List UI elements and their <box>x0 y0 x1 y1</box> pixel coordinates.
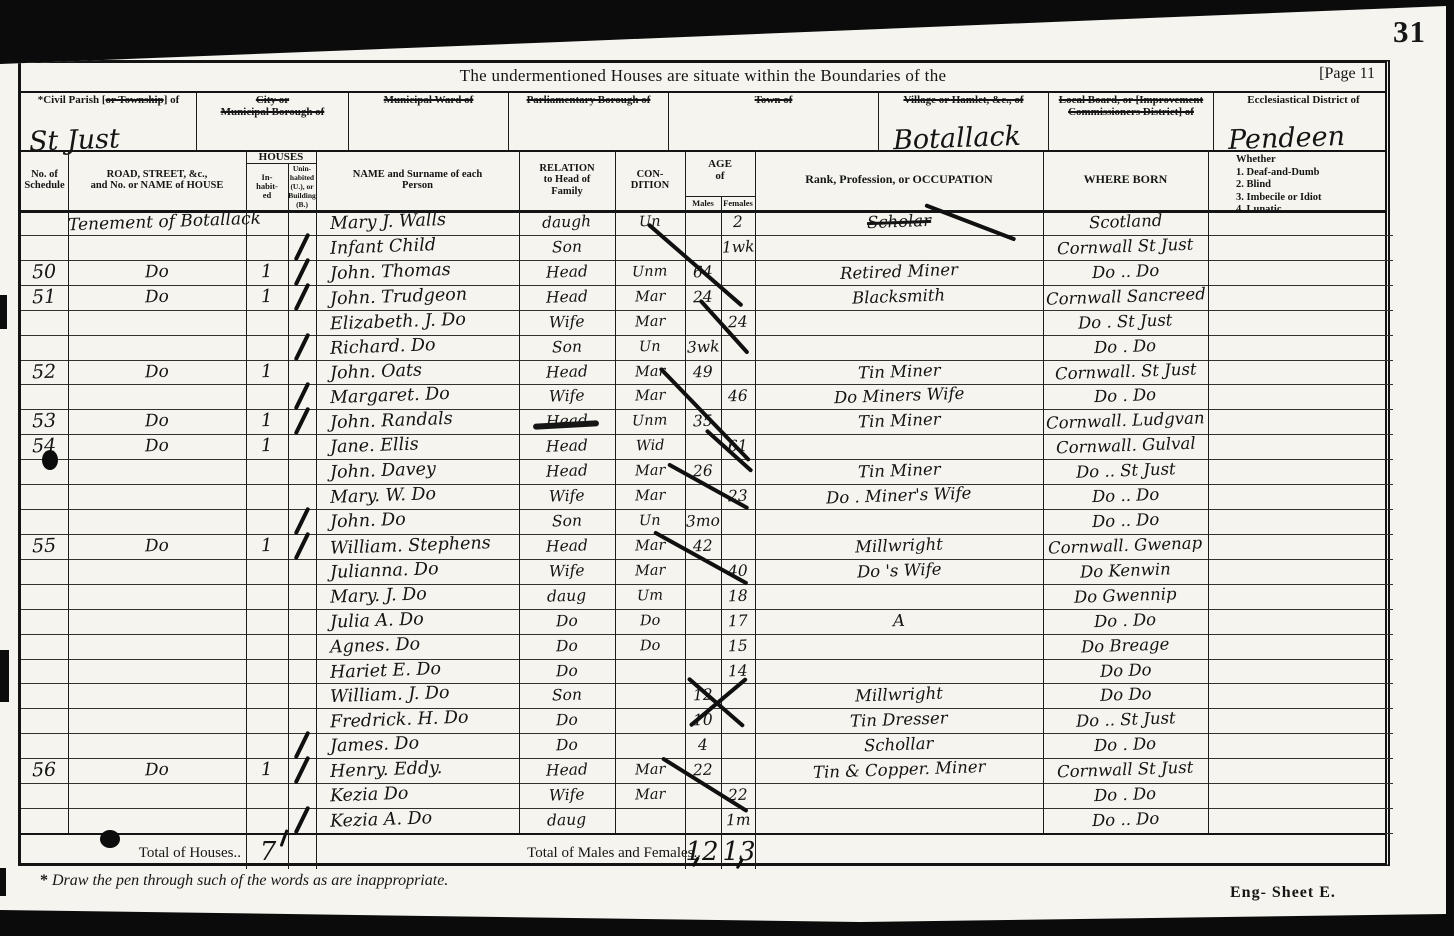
cell-condition: Mar <box>615 285 685 310</box>
cell-name: Mary J. Walls <box>316 210 533 235</box>
cell-name: Mary. W. Do <box>316 484 533 509</box>
cell-where-born: Do .. St Just <box>1043 459 1208 484</box>
cell-inhabited <box>246 484 288 509</box>
cell-where-born: Do .. St Just <box>1043 708 1208 733</box>
cell-condition: Um <box>615 584 685 609</box>
cell-age-m <box>685 783 721 808</box>
cell-age-f: 17 <box>721 609 755 634</box>
cell-relation: Do <box>519 659 615 684</box>
cell-inhabited: 1 <box>246 534 288 559</box>
cell-relation: daug <box>519 584 615 609</box>
cell-name: Elizabeth. J. Do <box>316 310 533 335</box>
cell-road <box>68 235 246 260</box>
cell-where-born: Scotland <box>1043 210 1208 235</box>
cell-relation: Do <box>519 733 615 758</box>
cell-condition: Un <box>615 335 685 360</box>
cell-where-born: Cornwall St Just <box>1043 235 1208 260</box>
totals-row: Total of Houses.. 7 Total of Males and F… <box>21 833 1385 871</box>
cell-occupation <box>755 434 1043 459</box>
cell-age-f: 14 <box>721 659 755 684</box>
cell-road <box>68 509 246 534</box>
col-relation: RELATION to Head of Family <box>519 150 615 210</box>
cell-occupation: Retired Miner <box>755 260 1043 285</box>
cell-inhabited <box>246 659 288 684</box>
cell-occupation <box>755 509 1043 534</box>
cell-schedule <box>21 484 68 509</box>
cell-occupation <box>755 634 1043 659</box>
cell-where-born: Cornwall. St Just <box>1043 360 1208 385</box>
cell-name: Kezia Do <box>316 783 533 808</box>
cell-age-f: 1m <box>721 808 755 833</box>
cell-relation: Head <box>519 758 615 783</box>
cell-schedule <box>21 384 68 409</box>
cell-relation: daugh <box>519 210 615 235</box>
cell-occupation: Do Miners Wife <box>755 384 1043 409</box>
cell-age-f <box>721 758 755 783</box>
cell-where-born: Cornwall St Just <box>1043 758 1208 783</box>
cell-inhabited: 1 <box>246 285 288 310</box>
cell-inhabited <box>246 210 288 235</box>
cell-name: Julia A. Do <box>316 609 533 634</box>
district-cell: Municipal Ward of <box>348 91 508 150</box>
table-heading-row: The undermentioned Houses are situate wi… <box>21 63 1385 93</box>
sheet-label: Eng- Sheet E. <box>1230 884 1336 902</box>
cell-inhabited: 1 <box>246 758 288 783</box>
district-label: Village or Hamlet, &c., of <box>879 91 1048 106</box>
cell-occupation <box>755 808 1043 833</box>
cell-condition: Mar <box>615 783 685 808</box>
footnote: * Draw the pen through such of the words… <box>40 872 448 890</box>
district-cell: Parliamentary Borough of <box>508 91 668 150</box>
cell-age-m: 49 <box>685 360 721 385</box>
cell-where-born: Do . Do <box>1043 733 1208 758</box>
cell-relation: Do <box>519 634 615 659</box>
cell-where-born: Do Breage <box>1043 634 1208 659</box>
cell-relation: Wife <box>519 559 615 584</box>
cell-name: John. Randals <box>316 409 533 434</box>
ink-blot <box>100 830 120 848</box>
footnote-text: Draw the pen through such of the words a… <box>52 872 448 889</box>
column-line <box>288 163 289 869</box>
cell-condition: Mar <box>615 484 685 509</box>
cell-inhabited <box>246 235 288 260</box>
cell-condition <box>615 659 685 684</box>
district-label: Municipal Ward of <box>349 91 508 106</box>
cell-relation: Son <box>519 335 615 360</box>
cell-age-m <box>685 584 721 609</box>
cell-age-f: 46 <box>721 384 755 409</box>
age-subline <box>685 196 755 197</box>
cell-name: Richard. Do <box>316 335 533 360</box>
col-schedule: No. of Schedule <box>21 150 68 210</box>
district-label: Parliamentary Borough of <box>509 91 668 106</box>
cell-name: Jane. Ellis <box>316 434 533 459</box>
cell-occupation: Blacksmith <box>755 285 1043 310</box>
cell-where-born: Do Gwennip <box>1043 584 1208 609</box>
cell-schedule: 52 <box>21 360 68 385</box>
record-row: John. DaveyHeadMar26Tin MinerDo .. St Ju… <box>21 459 1393 485</box>
cell-inhabited <box>246 783 288 808</box>
cell-inhabited <box>246 509 288 534</box>
cell-condition: Mar <box>615 384 685 409</box>
cell-condition: Wid <box>615 434 685 459</box>
cell-inhabited <box>246 310 288 335</box>
total-houses-label: Total of Houses.. <box>21 835 241 871</box>
cell-age-m <box>685 210 721 235</box>
cell-occupation: Tin Miner <box>755 360 1043 385</box>
cell-schedule <box>21 559 68 584</box>
cell-name: William. Stephens <box>316 534 533 559</box>
cell-age-m: 3wk <box>685 335 721 360</box>
column-line <box>1208 150 1209 833</box>
cell-age-f: 15 <box>721 634 755 659</box>
column-line <box>721 197 722 869</box>
cell-name: Mary. J. Do <box>316 584 533 609</box>
district-cell: Ecclesiastical District ofPendeen <box>1213 91 1393 150</box>
cell-age-m <box>685 808 721 833</box>
cell-where-born: Do .. Do <box>1043 260 1208 285</box>
cell-occupation <box>755 659 1043 684</box>
district-header-band: *Civil Parish [or Township] ofSt JustCit… <box>21 91 1385 152</box>
cell-name: Julianna. Do <box>316 559 533 584</box>
cell-condition: Do <box>615 634 685 659</box>
cell-schedule: 55 <box>21 534 68 559</box>
cell-road: Do <box>68 534 246 559</box>
cell-road <box>68 609 246 634</box>
cell-schedule <box>21 609 68 634</box>
cell-inhabited: 1 <box>246 360 288 385</box>
cell-age-f <box>721 534 755 559</box>
cell-age-f: 18 <box>721 584 755 609</box>
district-label: Local Board, or [Improvement Commissione… <box>1049 91 1213 118</box>
col-age-group: AGE of <box>685 158 755 182</box>
cell-where-born: Cornwall. Gwenap <box>1043 534 1208 559</box>
cell-age-f <box>721 509 755 534</box>
district-label: Town of <box>669 91 878 106</box>
cell-road <box>68 559 246 584</box>
cell-name: Hariet E. Do <box>316 659 533 684</box>
cell-relation: Head <box>519 409 615 434</box>
cell-occupation: Millwright <box>755 534 1043 559</box>
cell-where-born: Cornwall. Ludgvan <box>1043 409 1208 434</box>
total-males-females-label: Total of Males and Females.. <box>401 835 701 871</box>
column-line <box>68 150 69 833</box>
cell-occupation: Millwright <box>755 683 1043 708</box>
cell-relation: Wife <box>519 310 615 335</box>
cell-condition: Mar <box>615 559 685 584</box>
cell-road <box>68 584 246 609</box>
cell-where-born: Do Kenwin <box>1043 559 1208 584</box>
cell-occupation: Tin & Copper. Miner <box>755 758 1043 783</box>
cell-condition <box>615 683 685 708</box>
cell-where-born: Do . Do <box>1043 609 1208 634</box>
cell-age-m <box>685 559 721 584</box>
cell-occupation <box>755 783 1043 808</box>
cell-age-f <box>721 733 755 758</box>
cell-schedule <box>21 683 68 708</box>
cell-occupation: A <box>755 609 1043 634</box>
cell-where-born: Do . St Just <box>1043 310 1208 335</box>
cell-road <box>68 659 246 684</box>
cell-age-f: 1wk <box>721 235 755 260</box>
cell-inhabited <box>246 634 288 659</box>
record-row: Richard. DoSonUn3wkDo . Do <box>21 335 1393 361</box>
cell-age-m <box>685 235 721 260</box>
cell-road: Do <box>68 260 246 285</box>
footnote-asterisk: * <box>40 872 48 889</box>
cell-occupation: Tin Miner <box>755 409 1043 434</box>
cell-inhabited: 1 <box>246 434 288 459</box>
cell-condition <box>615 808 685 833</box>
edge-smudge <box>0 295 7 329</box>
cell-name: Kezia A. Do <box>316 808 533 833</box>
column-line <box>615 150 616 833</box>
cell-where-born: Cornwall Sancreed <box>1043 285 1208 310</box>
cell-schedule: 56 <box>21 758 68 783</box>
cell-schedule <box>21 310 68 335</box>
column-line <box>246 150 247 869</box>
census-page: 31 The undermentioned Houses are situate… <box>0 0 1454 936</box>
cell-inhabited <box>246 708 288 733</box>
cell-road <box>68 808 246 833</box>
cell-age-m <box>685 634 721 659</box>
column-line <box>519 150 520 833</box>
column-line <box>755 150 756 869</box>
cell-age-m: 3mo <box>685 509 721 534</box>
cell-relation: Son <box>519 683 615 708</box>
col-condition: CON- DITION <box>615 150 685 210</box>
cell-name: John. Thomas <box>316 260 533 285</box>
district-cell: *Civil Parish [or Township] ofSt Just <box>21 91 196 150</box>
cell-schedule <box>21 509 68 534</box>
cell-condition: Mar <box>615 758 685 783</box>
cell-road <box>68 733 246 758</box>
cell-schedule <box>21 235 68 260</box>
cell-schedule <box>21 659 68 684</box>
cell-condition: Mar <box>615 459 685 484</box>
cell-inhabited: 1 <box>246 260 288 285</box>
cell-inhabited <box>246 559 288 584</box>
cell-inhabited <box>246 733 288 758</box>
cell-age-m: 42 <box>685 534 721 559</box>
cell-road: Do <box>68 285 246 310</box>
cell-relation: Head <box>519 534 615 559</box>
record-row: 56Do1Henry. Eddy.HeadMar22Tin & Copper. … <box>21 758 1393 784</box>
col-occupation: Rank, Profession, or OCCUPATION <box>755 150 1043 210</box>
table-heading: The undermentioned Houses are situate wi… <box>21 66 1385 86</box>
cell-age-f: 2 <box>721 210 755 235</box>
cell-occupation: Do 's Wife <box>755 559 1043 584</box>
cell-relation: Wife <box>519 484 615 509</box>
cell-name: Henry. Eddy. <box>316 758 533 783</box>
cell-road: Do <box>68 409 246 434</box>
record-row: Mary. J. DodaugUm18Do Gwennip <box>21 584 1393 610</box>
record-row: Kezia A. Dodaug1mDo .. Do <box>21 808 1393 834</box>
cell-name: William. J. Do <box>316 683 533 708</box>
cell-inhabited <box>246 335 288 360</box>
column-line <box>316 150 317 869</box>
cell-relation: Head <box>519 360 615 385</box>
cell-condition <box>615 708 685 733</box>
cell-condition: Do <box>615 609 685 634</box>
cell-inhabited <box>246 609 288 634</box>
cell-occupation <box>755 235 1043 260</box>
cell-relation: Wife <box>519 783 615 808</box>
cell-inhabited <box>246 459 288 484</box>
cell-relation: Head <box>519 285 615 310</box>
record-row: Infant ChildSon1wkCornwall St Just <box>21 235 1393 261</box>
total-males-value: 12 <box>683 835 721 869</box>
cell-name: John. Do <box>316 509 533 534</box>
col-uninhabited: Unin- habited (U.), or Building (B.) <box>288 163 316 210</box>
col-houses-group: HOUSES <box>246 151 316 163</box>
census-scan: { "scan": { "folio_number": "31", "footn… <box>0 0 1454 936</box>
cell-road: Tenement of Botallack <box>68 210 246 235</box>
cell-schedule <box>21 634 68 659</box>
cell-road <box>68 708 246 733</box>
record-row: Agnes. DoDoDo15Do Breage <box>21 634 1393 660</box>
cell-where-born: Cornwall. Gulval <box>1043 434 1208 459</box>
cell-where-born: Do . Do <box>1043 384 1208 409</box>
district-label: *Civil Parish [or Township] of <box>21 91 196 106</box>
cell-road: Do <box>68 758 246 783</box>
cell-condition: Mar <box>615 534 685 559</box>
cell-road <box>68 335 246 360</box>
cell-age-f <box>721 260 755 285</box>
cell-name: Infant Child <box>316 235 533 260</box>
cell-inhabited <box>246 683 288 708</box>
cell-condition: Mar <box>615 310 685 335</box>
cell-road <box>68 459 246 484</box>
cell-relation: Do <box>519 609 615 634</box>
cell-road: Do <box>68 434 246 459</box>
cell-schedule <box>21 584 68 609</box>
column-line <box>1043 150 1044 833</box>
cell-schedule: 50 <box>21 260 68 285</box>
cell-where-born: Do .. Do <box>1043 808 1208 833</box>
record-row: 54Do1Jane. EllisHeadWid61Cornwall. Gulva… <box>21 434 1393 460</box>
cell-occupation <box>755 584 1043 609</box>
cell-schedule <box>21 210 68 235</box>
district-label: City or Municipal Borough of <box>197 91 348 118</box>
cell-condition: Unm <box>615 260 685 285</box>
census-table: The undermentioned Houses are situate wi… <box>18 60 1390 866</box>
cell-relation: Head <box>519 434 615 459</box>
col-name: NAME and Surname of each Person <box>316 150 519 210</box>
cell-inhabited <box>246 584 288 609</box>
cell-name: John. Oats <box>316 360 533 385</box>
cell-road <box>68 683 246 708</box>
cell-road: Do <box>68 360 246 385</box>
col-where-born: WHERE BORN <box>1043 150 1208 210</box>
cell-schedule <box>21 808 68 833</box>
column-header-band: No. of Schedule ROAD, STREET, &c., and N… <box>21 150 1385 213</box>
record-row: Julia A. DoDoDo17ADo . Do <box>21 609 1393 635</box>
cell-name: Agnes. Do <box>316 634 533 659</box>
district-cell: City or Municipal Borough of <box>196 91 348 150</box>
cell-schedule <box>21 733 68 758</box>
cell-where-born: Do .. Do <box>1043 484 1208 509</box>
cell-occupation: Do . Miner's Wife <box>755 484 1043 509</box>
cell-relation: daug <box>519 808 615 833</box>
cell-relation: Son <box>519 509 615 534</box>
cell-occupation <box>755 335 1043 360</box>
cell-name: Margaret. Do <box>316 384 533 409</box>
col-road: ROAD, STREET, &c., and No. or NAME of HO… <box>68 150 246 210</box>
edge-smudge <box>0 650 9 702</box>
cell-relation: Wife <box>519 384 615 409</box>
cell-road <box>68 384 246 409</box>
cell-condition <box>615 733 685 758</box>
cell-name: John. Trudgeon <box>316 285 533 310</box>
cell-occupation <box>755 310 1043 335</box>
houses-subline <box>246 163 316 164</box>
ink-blot <box>42 450 58 470</box>
record-row: 55Do1William. StephensHeadMar42Millwrigh… <box>21 534 1393 560</box>
cell-inhabited <box>246 808 288 833</box>
record-row: Elizabeth. J. DoWifeMar24Do . St Just <box>21 310 1393 336</box>
cell-where-born: Do . Do <box>1043 783 1208 808</box>
cell-name: John. Davey <box>316 459 533 484</box>
cell-road <box>68 783 246 808</box>
folio-number: 31 <box>1393 14 1426 50</box>
district-cell: Town of <box>668 91 878 150</box>
col-disabilities: Whether 1. Deaf-and-Dumb 2. Blind 3. Imb… <box>1208 150 1393 210</box>
record-row: 52Do1John. OatsHeadMar49Tin MinerCornwal… <box>21 360 1393 386</box>
cell-schedule <box>21 783 68 808</box>
page-label: [Page 11 <box>1319 65 1375 83</box>
col-males: Males <box>685 197 721 210</box>
cell-where-born: Do .. Do <box>1043 509 1208 534</box>
cell-relation: Head <box>519 260 615 285</box>
cell-occupation: Tin Dresser <box>755 708 1043 733</box>
cell-condition: Un <box>615 509 685 534</box>
cell-age-f <box>721 360 755 385</box>
col-females: Females <box>721 197 755 210</box>
cell-schedule <box>21 708 68 733</box>
cell-age-m: 4 <box>685 733 721 758</box>
cell-occupation: Schollar <box>755 733 1043 758</box>
cell-road <box>68 484 246 509</box>
cell-inhabited: 1 <box>246 409 288 434</box>
cell-road <box>68 634 246 659</box>
cell-age-f <box>721 409 755 434</box>
cell-schedule: 51 <box>21 285 68 310</box>
cell-schedule: 53 <box>21 409 68 434</box>
cell-name: James. Do <box>316 733 533 758</box>
cell-occupation: Tin Miner <box>755 459 1043 484</box>
cell-age-m <box>685 609 721 634</box>
cell-schedule <box>21 335 68 360</box>
col-inhabited: In- habit- ed <box>246 163 288 210</box>
cell-condition: Unm <box>615 409 685 434</box>
cell-name: Fredrick. H. Do <box>316 708 533 733</box>
cell-relation: Head <box>519 459 615 484</box>
cell-where-born: Do Do <box>1043 659 1208 684</box>
cell-inhabited <box>246 384 288 409</box>
edge-smudge <box>0 868 6 896</box>
cell-where-born: Do Do <box>1043 683 1208 708</box>
district-cell: Village or Hamlet, &c., ofBotallack <box>878 91 1048 150</box>
cell-where-born: Do . Do <box>1043 335 1208 360</box>
cell-relation: Son <box>519 235 615 260</box>
cell-age-m: 22 <box>685 758 721 783</box>
district-cell: Local Board, or [Improvement Commissione… <box>1048 91 1213 150</box>
district-label: Ecclesiastical District of <box>1214 91 1393 106</box>
record-row: Hariet E. DoDo14Do Do <box>21 659 1393 685</box>
cell-road <box>68 310 246 335</box>
cell-relation: Do <box>519 708 615 733</box>
